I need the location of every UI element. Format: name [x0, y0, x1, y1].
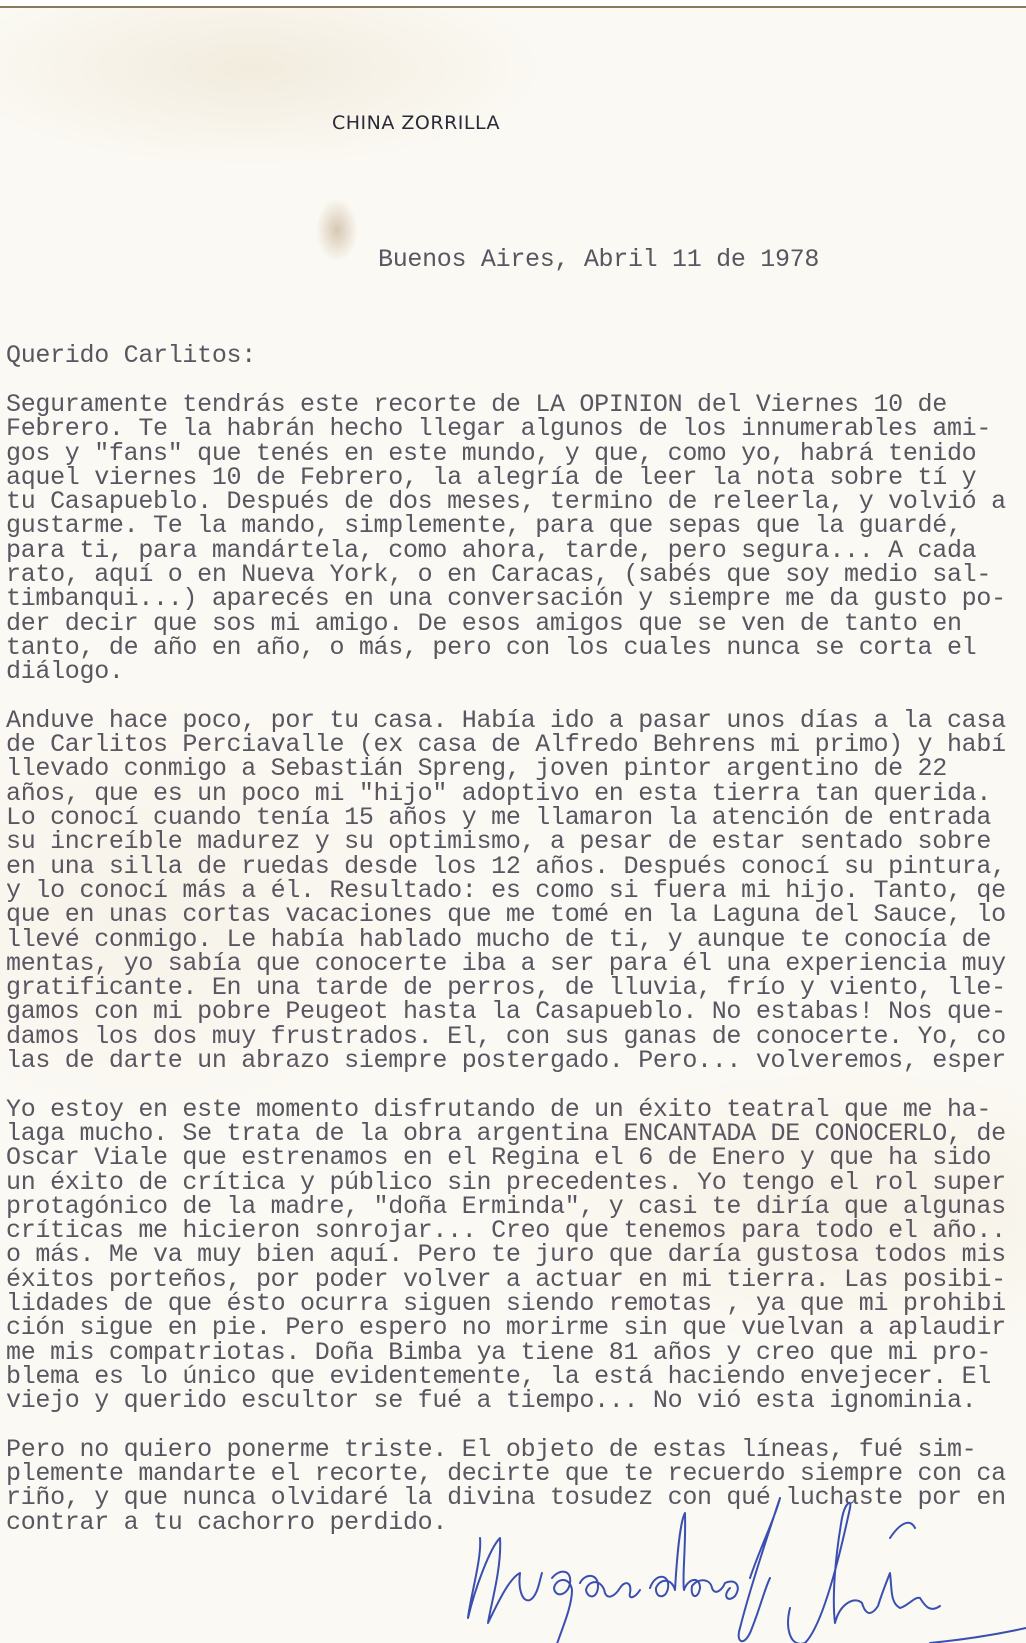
signature-text: Un gran abrazo China — [460, 1478, 471, 1479]
typed-line: las de darte un abrazo siempre postergad… — [6, 1049, 1006, 1073]
typed-line: ción sigue en pie. Pero espero no morirm… — [6, 1316, 1006, 1340]
typed-line: viejo y querido escultor se fué a tiempo… — [6, 1389, 1006, 1413]
typed-line: Oscar Viale que estrenamos en el Regina … — [6, 1146, 1006, 1170]
paragraph: Anduve hace poco, por tu casa. Había ido… — [6, 709, 1006, 1073]
paragraph: Seguramente tendrás este recorte de LA O… — [6, 393, 1006, 685]
letter-page: CHINA ZORRILLA Buenos Aires, Abril 11 de… — [0, 6, 1026, 1643]
handwritten-signature: Un gran abrazo China — [460, 1478, 1026, 1643]
letter-body: Seguramente tendrás este recorte de LA O… — [6, 393, 1006, 1559]
typed-line: Febrero. Te la habrán hecho llegar algun… — [6, 417, 1006, 441]
typed-line: que en unas cortas vacaciones que me tom… — [6, 903, 1006, 927]
dateline: Buenos Aires, Abril 11 de 1978 — [378, 248, 819, 272]
letterhead: CHINA ZORRILLA — [332, 112, 500, 134]
paragraph: Yo estoy en este momento disfrutando de … — [6, 1098, 1006, 1414]
salutation: Querido Carlitos: — [6, 344, 256, 368]
typed-line: diálogo. — [6, 660, 1006, 684]
typed-line: su increíble madurez y su optimismo, a p… — [6, 830, 1006, 854]
typed-line: tanto, de año en año, o más, pero con lo… — [6, 636, 1006, 660]
signature-scribble — [460, 1478, 1026, 1643]
